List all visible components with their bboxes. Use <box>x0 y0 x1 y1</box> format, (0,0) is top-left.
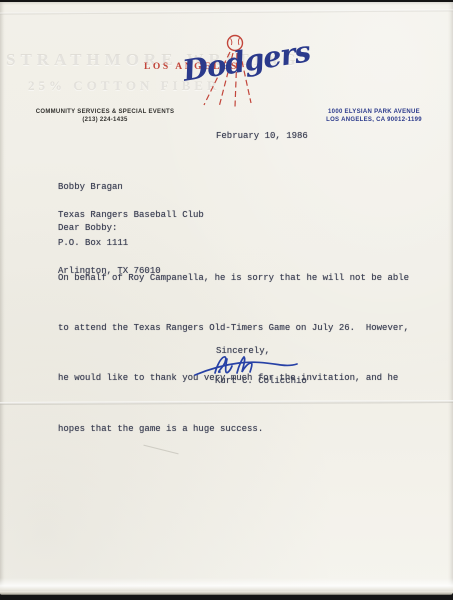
body-line: to attend the Texas Rangers Old-Timers G… <box>58 320 409 337</box>
department-phone: (213) 224-1435 <box>34 117 176 125</box>
paper-bottom-edge <box>0 591 453 595</box>
scanned-letter: STRATHMORE WRITING 25% COTTON FIBER LOS … <box>0 0 453 600</box>
body-line: hopes that the game is a huge success. <box>58 421 409 438</box>
address-city: LOS ANGELES, CA 90012-1199 <box>310 117 438 125</box>
recipient-org: Texas Rangers Baseball Club <box>58 211 204 220</box>
department-name: COMMUNITY SERVICES & SPECIAL EVENTS <box>34 109 176 117</box>
bottom-crinkle <box>0 578 453 591</box>
letterhead-address-block: 1000 ELYSIAN PARK AVENUE LOS ANGELES, CA… <box>310 109 438 124</box>
signer-name: Kurt C. Colicchio <box>215 376 307 386</box>
recipient-name: Bobby Bragan <box>58 183 204 192</box>
body-line: On behalf of Roy Campanella, he is sorry… <box>58 270 409 287</box>
address-street: 1000 ELYSIAN PARK AVENUE <box>310 109 438 117</box>
letter-paper: STRATHMORE WRITING 25% COTTON FIBER LOS … <box>0 2 453 593</box>
salutation: Dear Bobby: <box>58 223 117 233</box>
letter-date: February 10, 1986 <box>216 131 308 141</box>
top-fold-crease <box>0 9 453 14</box>
letterhead-department-block: COMMUNITY SERVICES & SPECIAL EVENTS (213… <box>34 109 176 124</box>
